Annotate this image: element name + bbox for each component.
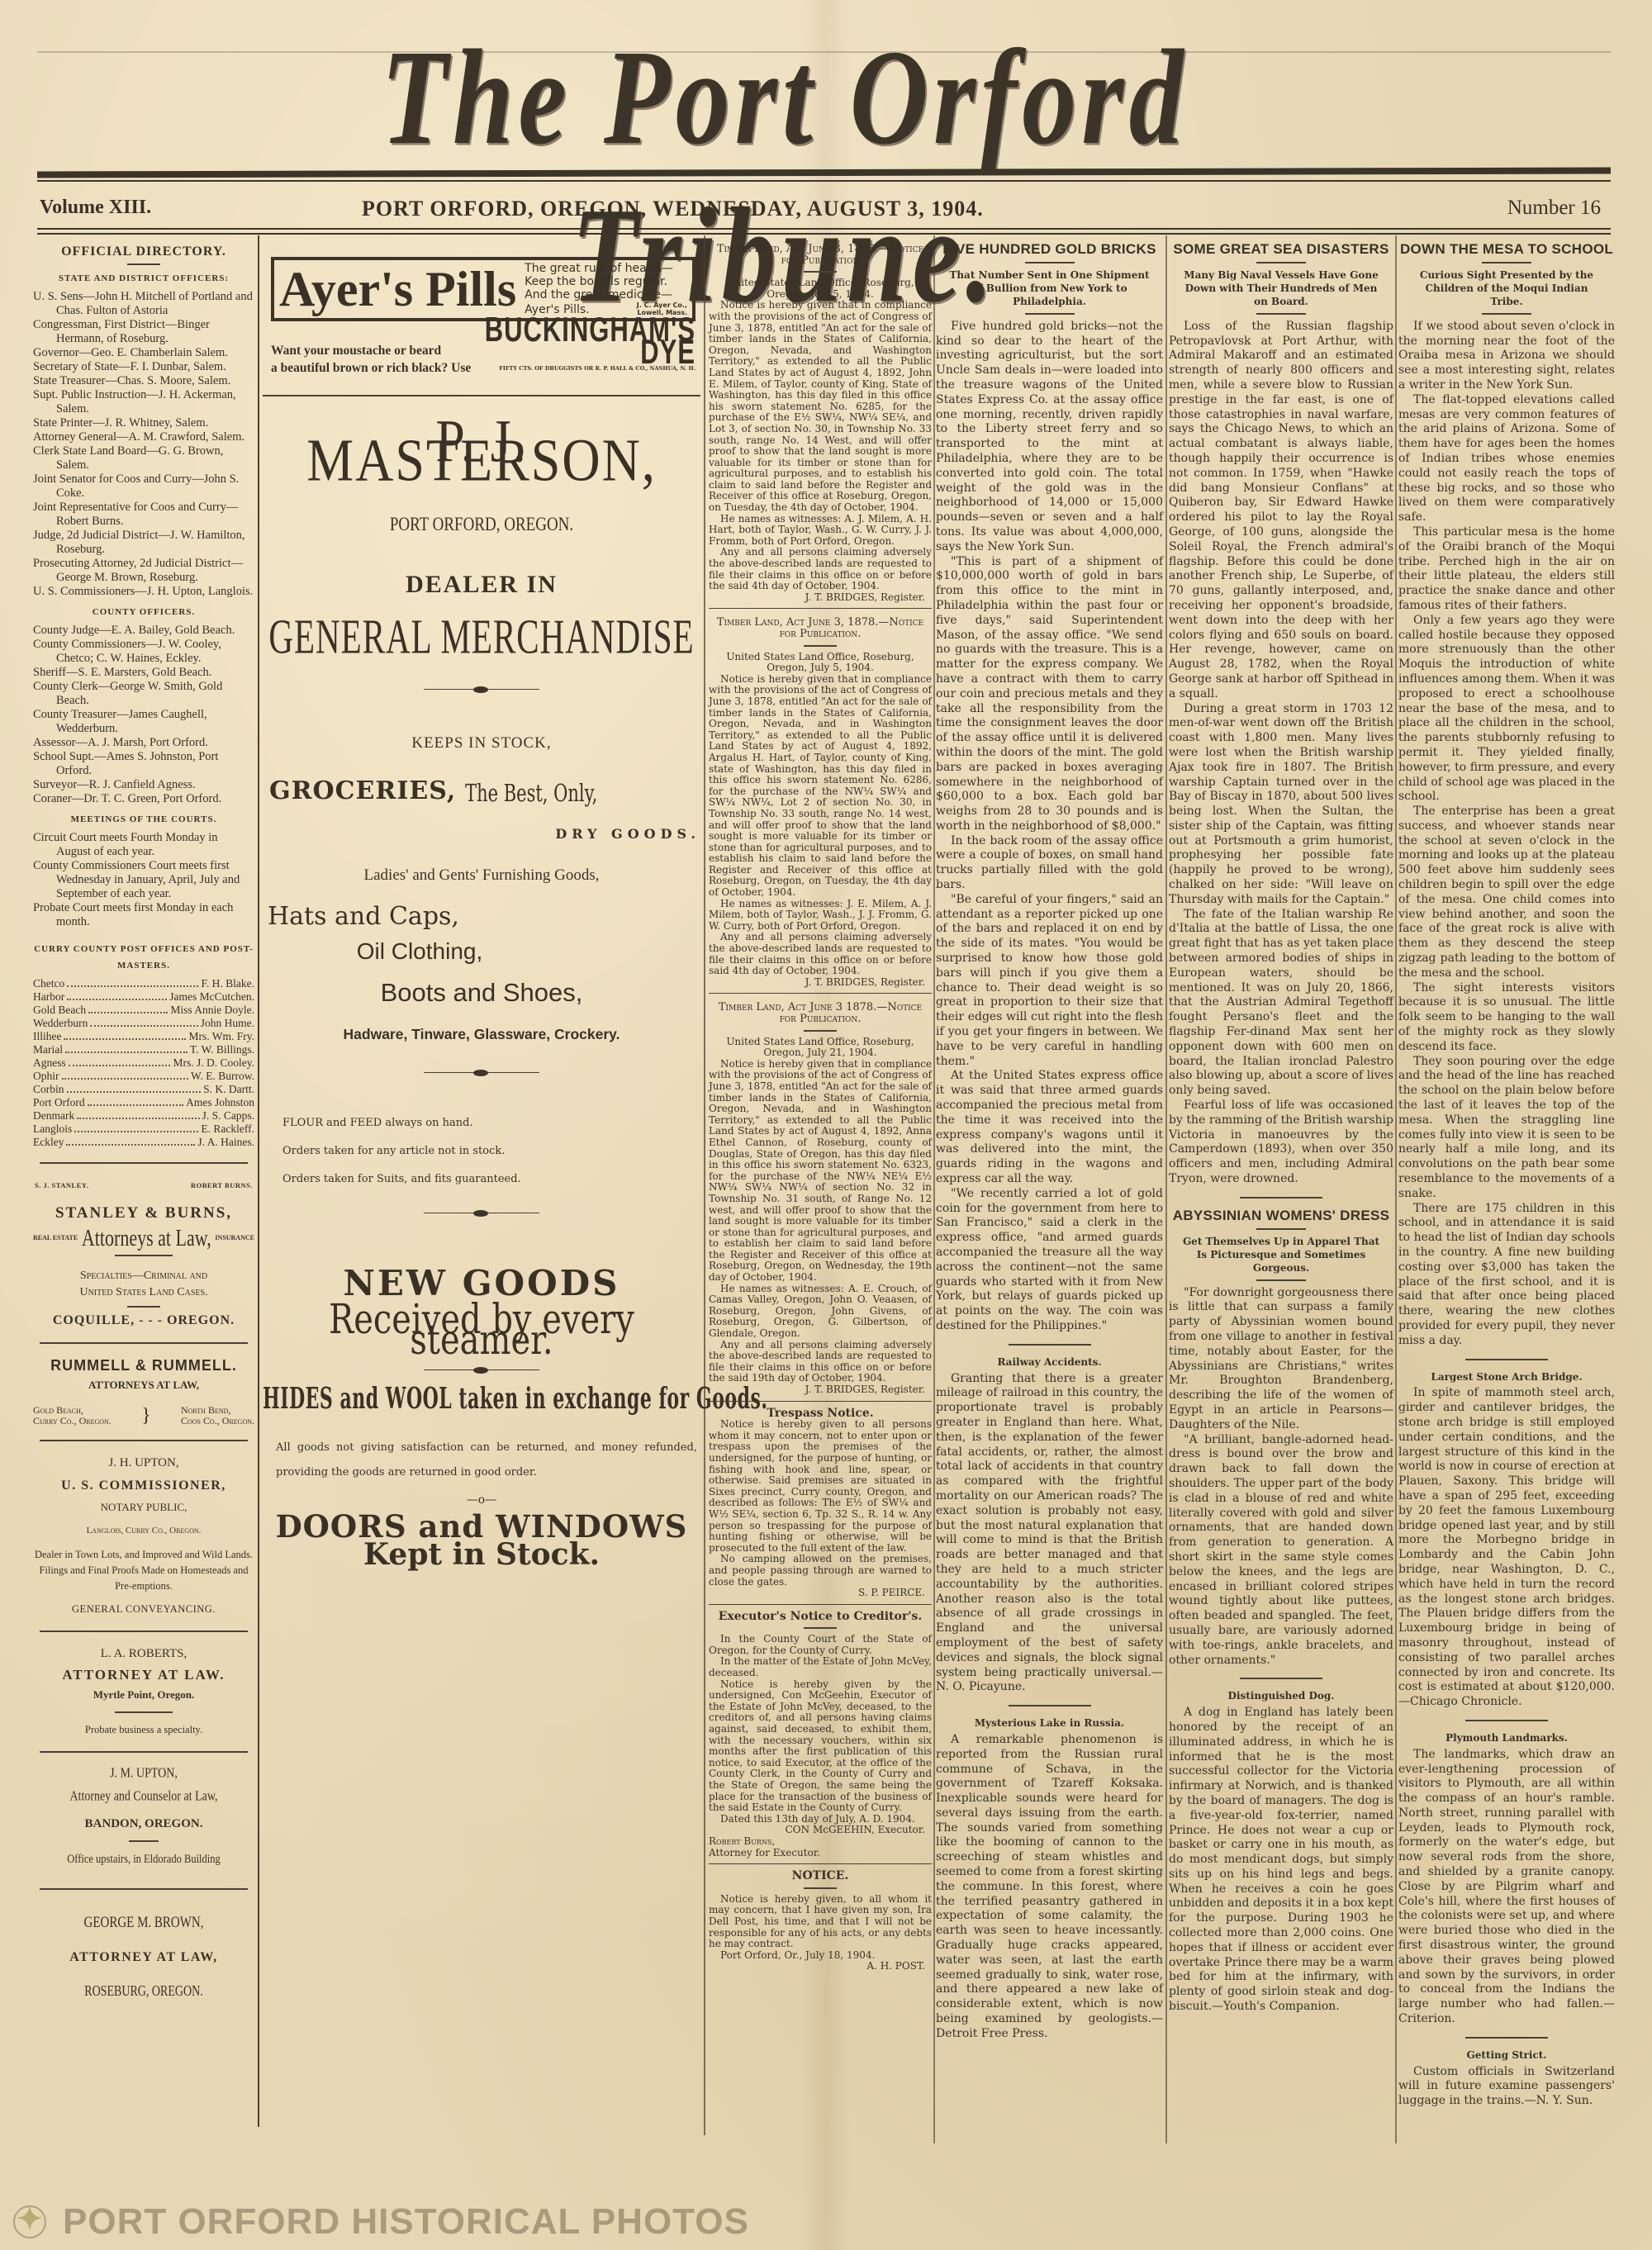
specialties-line: Specialties—Criminal and [33, 1268, 254, 1284]
article-paragraph: During a great storm in 1703 12 men-of-w… [1169, 702, 1393, 908]
card-place: Langlois, Curry Co., Oregon. [33, 1522, 254, 1539]
ornament-divider [424, 1366, 539, 1374]
postoffice-place: Corbin [33, 1083, 64, 1096]
divider [40, 1440, 248, 1441]
leader-dots [65, 1043, 188, 1053]
postoffice-row: WedderburnJohn Hume. [33, 1017, 254, 1030]
directory-entry: County Commissioners—J. W. Cooley, Chetc… [33, 638, 254, 666]
notice-signature: J. T. BRIDGES, Register. [709, 1384, 932, 1396]
dateline-rule-2 [37, 233, 1611, 235]
ad-company: J. C. Ayer Co., [637, 301, 687, 309]
notice-heading: NOTICE. [709, 1871, 932, 1882]
card-place: ROSEBURG, OREGON. [33, 1982, 254, 2003]
card-title: ATTORNEY AT LAW, [33, 1949, 254, 1966]
partner-left: S. J. STANLEY. [35, 1177, 88, 1194]
postoffice-place: Ophir [33, 1070, 59, 1083]
postmaster-name: Mrs. J. D. Cooley. [173, 1056, 254, 1070]
notice-signature: J. T. BRIDGES, Register. [709, 977, 932, 989]
postoffice-row: ChetcoF. H. Blake. [33, 977, 254, 990]
directory-entry: Coraner—Dr. T. C. Green, Port Orford. [33, 792, 254, 806]
postoffice-place: Agness [33, 1056, 66, 1070]
notice-paragraph: Notice is hereby given to all persons wh… [709, 1419, 932, 1554]
directory-entry: Attorney General—A. M. Crawford, Salem. [33, 430, 254, 444]
ad-line: Want your moustache or beard [271, 342, 477, 359]
notice-paragraph: Notice is hereby given that in complianc… [709, 674, 932, 899]
leader-dots [62, 1070, 189, 1080]
small-divider: —o— [263, 1492, 700, 1508]
stanley-burns-card: S. J. STANLEY. ROBERT BURNS. STANLEY & B… [33, 1177, 254, 1329]
notice-heading: Executor's Notice to Creditor's. [709, 1612, 932, 1623]
firm-name: STANLEY & BURNS, [33, 1205, 254, 1222]
postoffice-row: DenmarkJ. S. Capps. [33, 1109, 254, 1123]
notice-paragraph: He names as witnesses: A. J. Milem, A. H… [709, 514, 932, 548]
divider [40, 1631, 248, 1632]
divider [1465, 2037, 1548, 2039]
divider [804, 1030, 837, 1032]
postoffice-row: CorbinS. K. Dartt. [33, 1083, 254, 1096]
directory-entry: Clerk State Land Board—G. G. Brown, Sale… [33, 444, 254, 472]
partner-right: ROBERT BURNS. [191, 1177, 253, 1194]
divider [1465, 1720, 1548, 1721]
watermark: PORT ORFORD HISTORICAL PHOTOS [10, 2197, 1084, 2247]
directory-entry: Supt. Public Instruction—J. H. Ackerman,… [33, 388, 254, 416]
card-name: J. H. UPTON, [33, 1455, 254, 1471]
merchant-place: PORT ORFORD, OREGON. [263, 515, 700, 535]
directory-entry: Joint Senator for Coos and Curry—John S.… [33, 472, 254, 501]
legal-notices-column: Timber Land, Act June 3, 1878.—Notice fo… [709, 235, 932, 1972]
article-deck: Many Big Naval Vessels Have Gone Down wi… [1180, 268, 1382, 308]
directory-entry: Circuit Court meets Fourth Monday in Aug… [33, 831, 254, 859]
ad-line: Keep the bowels regular. [525, 275, 687, 288]
directory-entry: County Judge—E. A. Bailey, Gold Beach. [33, 624, 254, 638]
divider [709, 1401, 932, 1402]
courts-list: Circuit Court meets Fourth Monday in Aug… [33, 831, 254, 929]
article-paragraph: They soon pouring over the edge and the … [1398, 1055, 1615, 1202]
divider [1256, 1228, 1306, 1230]
volume-label: Volume XIII. [40, 197, 151, 219]
news-column-sea-disasters: SOME GREAT SEA DISASTERSMany Big Naval V… [1169, 235, 1393, 2015]
jh-upton-card: J. H. UPTON, U. S. COMMISSIONER, NOTARY … [33, 1455, 254, 1617]
postmaster-name: E. Rackleff. [201, 1123, 254, 1136]
notice-paragraph: Port Orford, Or., July 18, 1904. [709, 1950, 932, 1962]
directory-entry: Congressman, First District—Binger Herma… [33, 318, 254, 346]
column-rule [1395, 235, 1397, 2143]
issue-number: Number 16 [1507, 197, 1601, 220]
attorneys-label: Attorneys at Law, [82, 1227, 211, 1249]
notice-paragraph: Notice is hereby given by the undersigne… [709, 1679, 932, 1814]
notice-paragraph: Notice is hereby given that in complianc… [709, 1059, 932, 1284]
card-title: ATTORNEY AT LAW. [33, 1667, 254, 1683]
directory-entry: Assessor—A. J. Marsh, Port Orford. [33, 736, 254, 750]
ad-line: The great rule of health— [525, 262, 687, 275]
postmaster-name: J. S. Capps. [202, 1109, 254, 1123]
article-paragraph: "We recently carried a lot of gold coin … [936, 1187, 1163, 1334]
card-title: Attorney and Counselor at Law, [33, 1787, 254, 1807]
notice-signature: J. T. BRIDGES, Register. [709, 592, 932, 604]
notice-paragraph: In the matter of the Estate of John McVe… [709, 1656, 932, 1678]
new-goods-label: NEW GOODS [263, 1275, 700, 1292]
divider [1025, 313, 1075, 315]
divider [804, 1887, 837, 1889]
masthead-thin-rule [37, 180, 1611, 182]
notice-heading: Timber Land, Act June 3, 1878.—Notice fo… [709, 617, 932, 639]
dealer-in-label: DEALER IN [263, 577, 700, 593]
article-headline: FIVE HUNDRED GOLD BRICKS [936, 242, 1163, 257]
insurance-label: INSURANCE [215, 1230, 254, 1246]
divider [709, 993, 932, 994]
divider [1482, 262, 1531, 263]
directory-entry: Secretary of State—F. I. Dunbar, Salem. [33, 360, 254, 374]
postoffices-heading: CURRY COUNTY POST OFFICES AND POST-MASTE… [33, 941, 254, 974]
divider [127, 1306, 160, 1308]
notice-paragraph: Notice is hereby given that in complianc… [709, 300, 932, 513]
divider [115, 1255, 173, 1256]
directory-entry: Sheriff—S. E. Marsters, Gold Beach. [33, 666, 254, 680]
article-headline: Distinguished Dog. [1169, 1689, 1393, 1704]
notice-paragraph: Notice is hereby given, to all whom it m… [709, 1894, 932, 1950]
watermark-text: PORT ORFORD HISTORICAL PHOTOS [63, 2201, 749, 2243]
real-estate-label: REAL ESTATE [33, 1230, 78, 1246]
divider [1240, 1678, 1322, 1679]
article-paragraph: If we stood about seven o'clock in the m… [1398, 320, 1615, 393]
notice-signature: CON McGEEHIN, Executor. [709, 1825, 932, 1836]
card-line: GENERAL CONVEYANCING. [33, 1601, 254, 1617]
directory-entry: County Clerk—George W. Smith, Gold Beach… [33, 680, 254, 708]
postmaster-name: W. E. Burrow. [191, 1070, 254, 1083]
office-line: Curry Co., Oregon. [33, 1416, 112, 1426]
directory-entry: Probate Court meets first Monday in each… [33, 901, 254, 929]
returns-policy: All goods not giving satisfaction can be… [263, 1436, 700, 1485]
divider [1256, 313, 1306, 315]
postoffice-row: OphirW. E. Burrow. [33, 1070, 254, 1083]
date-place: PORT ORFORD, OREGON, WEDNESDAY, AUGUST 3… [362, 197, 984, 221]
postoffice-row: MarialT. W. Billings. [33, 1043, 254, 1056]
article-paragraph: Five hundred gold bricks—not the kind so… [936, 320, 1163, 555]
column-rule [258, 235, 259, 2127]
notice-office: United States Land Office, Roseburg, Ore… [709, 652, 932, 674]
directory-entry: County Treasurer—James Caughell, Wedderb… [33, 708, 254, 736]
article-headline: Mysterious Lake in Russia. [936, 1716, 1163, 1731]
card-title: U. S. COMMISSIONER, [33, 1478, 254, 1494]
ornament-divider [424, 1069, 539, 1077]
ad-line: And the great medicine— [525, 288, 687, 301]
dateline: Volume XIII. PORT ORFORD, OREGON, WEDNES… [40, 197, 1609, 226]
article-paragraph: This particular mesa is the home of the … [1398, 525, 1615, 614]
directory-entry: U. S. Commissioners—J. H. Upton, Langloi… [33, 585, 254, 599]
general-merchandise-label: GENERAL MERCHANDISE [263, 624, 700, 648]
divider [709, 1604, 932, 1605]
directory-title: OFFICIAL DIRECTORY. [33, 244, 254, 260]
courts-heading: MEETINGS OF THE COURTS. [33, 811, 254, 828]
article-paragraph: Custom officials in Switzerland will in … [1398, 2065, 1615, 2109]
divider [127, 263, 160, 265]
notice-heading: Trespass Notice. [709, 1408, 932, 1420]
postmaster-name: Mrs. Wm. Fry. [188, 1030, 254, 1043]
official-directory-column: OFFICIAL DIRECTORY. STATE AND DISTRICT O… [33, 235, 254, 2001]
postmaster-name: J. A. Haines. [197, 1136, 254, 1149]
card-notary: NOTARY PUBLIC, [33, 1499, 254, 1516]
notice-heading: Timber Land, Act June 3 1878.—Notice for… [709, 1002, 932, 1024]
directory-entry: U. S. Sens—John H. Mitchell of Portland … [33, 290, 254, 318]
county-officers-list: County Judge—E. A. Bailey, Gold Beach.Co… [33, 624, 254, 806]
card-note: Office upstairs, in Eldorado Building [33, 1849, 254, 1868]
state-officers-heading: STATE AND DISTRICT OFFICERS: [33, 270, 254, 287]
postmaster-name: T. W. Billings. [190, 1043, 254, 1056]
postmaster-name: Ames Johnston [186, 1096, 254, 1109]
column-rule [704, 235, 705, 2135]
notice-paragraph: In the County Court of the State of Oreg… [709, 1634, 932, 1656]
postoffice-place: Chetco [33, 977, 64, 990]
article-paragraph: There are 175 children in this school, a… [1398, 1202, 1615, 1349]
masterson-advertisement-column: Ayer's Pills The great rule of health— K… [263, 235, 700, 1563]
firm-name: RUMMELL & RUMMELL. [33, 1357, 254, 1374]
kept-in-stock-label: Kept in Stock. [263, 1546, 700, 1563]
directory-entry: State Printer—J. R. Whitney, Salem. [33, 416, 254, 430]
postoffice-place: Eckley [33, 1136, 64, 1149]
divider [1009, 1705, 1091, 1706]
article-deck: That Number Sent in One Shipment of Bull… [947, 268, 1151, 308]
directory-entry: County Commissioners Court meets first W… [33, 859, 254, 901]
postoffice-row: HarborJames McCutchen. [33, 990, 254, 1004]
postoffice-place: Denmark [33, 1109, 74, 1123]
divider [804, 645, 837, 647]
compass-rose-icon [10, 2202, 50, 2242]
article-paragraph: Fearful loss of life was occasioned by t… [1169, 1099, 1393, 1187]
directory-entry: Governor—Geo. E. Chamberlain Salem. [33, 346, 254, 360]
orders-line: Orders taken for Suits, and fits guarant… [263, 1171, 700, 1188]
divider [709, 608, 932, 609]
firm-city: COQUILLE, - - - OREGON. [33, 1312, 254, 1329]
boots-shoes-label: Boots and Shoes, [263, 985, 700, 1001]
card-name: L. A. ROBERTS, [33, 1645, 254, 1662]
postoffice-place: Port Orford [33, 1096, 85, 1109]
postoffice-row: EckleyJ. A. Haines. [33, 1136, 254, 1149]
card-place: Myrtle Point, Oregon. [33, 1687, 254, 1703]
card-name: GEORGE M. BROWN, [33, 1913, 254, 1934]
article-paragraph: The fate of the Italian warship Re d'Ita… [1169, 908, 1393, 1099]
groceries-label: GROCERIES, [269, 776, 456, 805]
ad-line: a beautiful brown or rich black? Use [271, 359, 477, 377]
postoffice-place: Langlois [33, 1123, 72, 1136]
divider [115, 1711, 173, 1713]
postmaster-name: John Hume. [201, 1017, 254, 1030]
divider [804, 271, 837, 273]
flour-feed-line: FLOUR and FEED always on hand. [263, 1115, 700, 1132]
doors-windows-label: DOORS and WINDOWS [263, 1518, 700, 1535]
card-note: Probate business a specialty. [33, 1721, 254, 1738]
directory-entry: Judge, 2d Judicial District—J. W. Hamilt… [33, 529, 254, 557]
buckinghams-dye-brand: BUCKINGHAM'S DYE [477, 319, 695, 363]
article-headline: Getting Strict. [1398, 2048, 1615, 2063]
article-deck: Curious Sight Presented by the Children … [1410, 268, 1603, 308]
divider [804, 1627, 837, 1629]
directory-entry: School Supt.—Ames S. Johnston, Port Orfo… [33, 750, 254, 778]
article-paragraph: A remarkable phenomenon is reported from… [936, 1733, 1163, 2042]
oil-clothing-label: Oil Clothing, [263, 943, 700, 960]
leader-dots [74, 1123, 198, 1132]
dry-goods-label: DRY GOODS. [263, 826, 700, 843]
article-paragraph: The flat-topped elevations called mesas … [1398, 393, 1615, 525]
leader-dots [88, 1004, 168, 1013]
leader-dots [69, 1056, 171, 1066]
notice-paragraph: Any and all persons claiming adversely t… [709, 547, 932, 591]
county-officers-heading: COUNTY OFFICERS. [33, 604, 254, 620]
directory-entry: State Treasurer—Chas. S. Moore, Salem. [33, 374, 254, 388]
notice-paragraph: He names as witnesses: A. E. Crouch, of … [709, 1284, 932, 1340]
notice-office: United States Land Office, Roseburg, Ore… [709, 1037, 932, 1059]
postoffice-place: Illihee [33, 1030, 61, 1043]
card-line: Filings and Final Proofs Made on Homeste… [33, 1563, 254, 1594]
notice-paragraph: Any and all persons claiming adversely t… [709, 1340, 932, 1384]
ornament-divider [424, 686, 539, 694]
article-headline: Plymouth Landmarks. [1398, 1731, 1615, 1746]
article-paragraph: At the United States express office it w… [936, 1069, 1163, 1186]
steamer-label: Received by every steamer. [263, 1309, 700, 1350]
card-line: Dealer in Town Lots, and Improved and Wi… [33, 1547, 254, 1563]
divider [40, 1342, 248, 1344]
postoffice-row: Gold BeachMiss Annie Doyle. [33, 1004, 254, 1017]
news-column-gold-bricks: FIVE HUNDRED GOLD BRICKSThat Number Sent… [936, 235, 1163, 2042]
notice-heading: Timber Land, Act June 3, 1878.—Notice fo… [709, 244, 932, 266]
divider [1025, 262, 1075, 263]
george-brown-card: GEORGE M. BROWN, ATTORNEY AT LAW, ROSEBU… [33, 1915, 254, 2001]
notice-paragraph: Any and all persons claiming adversely t… [709, 932, 932, 976]
directory-entry: Joint Representative for Coos and Curry—… [33, 501, 254, 529]
la-roberts-card: L. A. ROBERTS, ATTORNEY AT LAW. Myrtle P… [33, 1645, 254, 1738]
column-rule [933, 235, 935, 2143]
divider [40, 1888, 248, 1890]
leader-dots [67, 1083, 202, 1093]
postoffice-row: Port OrfordAmes Johnston [33, 1096, 254, 1109]
best-only-label: The Best, Only, [465, 781, 597, 805]
state-officers-list: U. S. Sens—John H. Mitchell of Portland … [33, 290, 254, 599]
notice-signature: S. P. PEIRCE. [709, 1588, 932, 1599]
article-paragraph: Loss of the Russian flagship Petropavlov… [1169, 320, 1393, 702]
postoffices-list: ChetcoF. H. Blake.HarborJames McCutchen.… [33, 977, 254, 1149]
directory-entry: Prosecuting Attorney, 2d Judicial Distri… [33, 557, 254, 585]
notice-paragraph: He names as witnesses: J. E. Milem, A. J… [709, 899, 932, 933]
furnishing-goods-label: Ladies' and Gents' Furnishing Goods, [263, 867, 700, 884]
article-deck: Get Themselves Up in Apparel That Is Pic… [1180, 1235, 1382, 1275]
postmaster-name: F. H. Blake. [201, 977, 254, 990]
postmaster-name: S. K. Dartt. [203, 1083, 254, 1096]
ornament-divider [424, 1209, 539, 1218]
divider [40, 1751, 248, 1753]
article-paragraph: A dog in England has lately been honored… [1169, 1706, 1393, 2015]
hides-wool-label: HIDES and WOOL taken in exchange for Goo… [263, 1386, 700, 1412]
article-paragraph: In the back room of the assay office wer… [936, 834, 1163, 893]
directory-entry: Surveyor—R. J. Canfield Agness. [33, 778, 254, 792]
postmaster-name: Miss Annie Doyle. [170, 1004, 254, 1017]
leader-dots [67, 977, 198, 987]
postoffice-place: Harbor [33, 990, 64, 1004]
article-paragraph: "A brilliant, bangle-adorned head-dress … [1169, 1433, 1393, 1669]
article-paragraph: The sight interests visitors because it … [1398, 981, 1615, 1055]
hats-caps-label: Hats and Caps, [263, 909, 700, 925]
orders-line: Orders taken for any article not in stoc… [263, 1143, 700, 1160]
keeps-in-stock-label: KEEPS IN STOCK, [263, 735, 700, 752]
leader-dots [66, 1136, 195, 1146]
divider [1482, 313, 1531, 315]
firm-title: ATTORNEYS AT LAW, [33, 1377, 254, 1393]
masthead: The Port Orford Tribune. Volume XIII. PO… [0, 0, 1652, 231]
article-headline: DOWN THE MESA TO SCHOOL [1398, 242, 1615, 257]
dateline-rule-1 [37, 228, 1611, 230]
article-paragraph: "Be careful of your fingers," said an at… [936, 893, 1163, 1070]
leader-dots [67, 990, 167, 1000]
divider [1009, 1344, 1091, 1346]
article-paragraph: Granting that there is a greater mileage… [936, 1372, 1163, 1696]
divider [1240, 1197, 1322, 1199]
notice-paragraph: No camping allowed on the premises, and … [709, 1554, 932, 1588]
divider [129, 1840, 159, 1842]
article-paragraph: The landmarks, which draw an ever-length… [1398, 1748, 1615, 2027]
notice-attorney: Attorney for Executor. [709, 1848, 932, 1859]
notice-signature: A. H. POST. [709, 1961, 932, 1972]
divider [40, 1162, 248, 1164]
card-name: J. M. UPTON, [33, 1764, 254, 1784]
office-line: Coos Co., Oregon. [181, 1416, 254, 1426]
postoffice-row: AgnessMrs. J. D. Cooley. [33, 1056, 254, 1070]
merchant-name: P. J. MASTERSON, [263, 432, 700, 470]
divider [1465, 1359, 1548, 1360]
postmaster-name: James McCutchen. [169, 990, 254, 1004]
article-paragraph: Only a few years ago they were called ho… [1398, 614, 1615, 805]
divider [1256, 262, 1306, 263]
article-headline: SOME GREAT SEA DISASTERS [1169, 242, 1393, 257]
article-paragraph: The enterprise has been a great success,… [1398, 805, 1615, 981]
article-headline: Railway Accidents. [936, 1355, 1163, 1370]
postoffice-place: Gold Beach [33, 1004, 86, 1017]
rummell-card: RUMMELL & RUMMELL. ATTORNEYS AT LAW, Gol… [33, 1357, 254, 1426]
divider [263, 395, 700, 396]
postoffice-place: Wedderburn [33, 1017, 88, 1030]
notice-paragraph: Dated this 13th day of July, A. D. 1904. [709, 1814, 932, 1825]
notice-attorney: Robert Burns, [709, 1836, 932, 1848]
notice-office: United States Land Office, Roseburg, Ore… [709, 278, 932, 300]
news-column-mesa-school: DOWN THE MESA TO SCHOOLCurious Sight Pre… [1398, 235, 1615, 2109]
article-paragraph: "For downright gorgeousness there is lit… [1169, 1286, 1393, 1433]
buckinghams-dye-ad: Want your moustache or bearda beautiful … [271, 325, 695, 377]
specialties-line: United States Land Cases. [33, 1284, 254, 1301]
leader-dots [88, 1096, 183, 1106]
article-paragraph: In spite of mammoth steel arch, girder a… [1398, 1386, 1615, 1710]
article-headline: ABYSSINIAN WOMENS' DRESS [1169, 1208, 1393, 1223]
article-headline: Largest Stone Arch Bridge. [1398, 1370, 1615, 1385]
ayers-pills-brand: Ayer's Pills [279, 264, 516, 314]
postoffice-place: Marial [33, 1043, 63, 1056]
postoffice-row: IlliheeMrs. Wm. Fry. [33, 1030, 254, 1043]
divider [1256, 1279, 1306, 1281]
hardware-label: Hadware, Tinware, Glassware, Crockery. [263, 1026, 700, 1042]
leader-dots [64, 1030, 186, 1040]
leader-dots [90, 1017, 197, 1027]
article-paragraph: "This is part of a shipment of $10,000,0… [936, 555, 1163, 834]
divider [709, 1863, 932, 1864]
jm-upton-card: J. M. UPTON, Attorney and Counselor at L… [33, 1766, 254, 1867]
postoffice-row: LangloisE. Rackleff. [33, 1123, 254, 1136]
column-rule [1165, 235, 1167, 2143]
leader-dots [77, 1109, 199, 1119]
card-place: BANDON, OREGON. [33, 1816, 254, 1832]
